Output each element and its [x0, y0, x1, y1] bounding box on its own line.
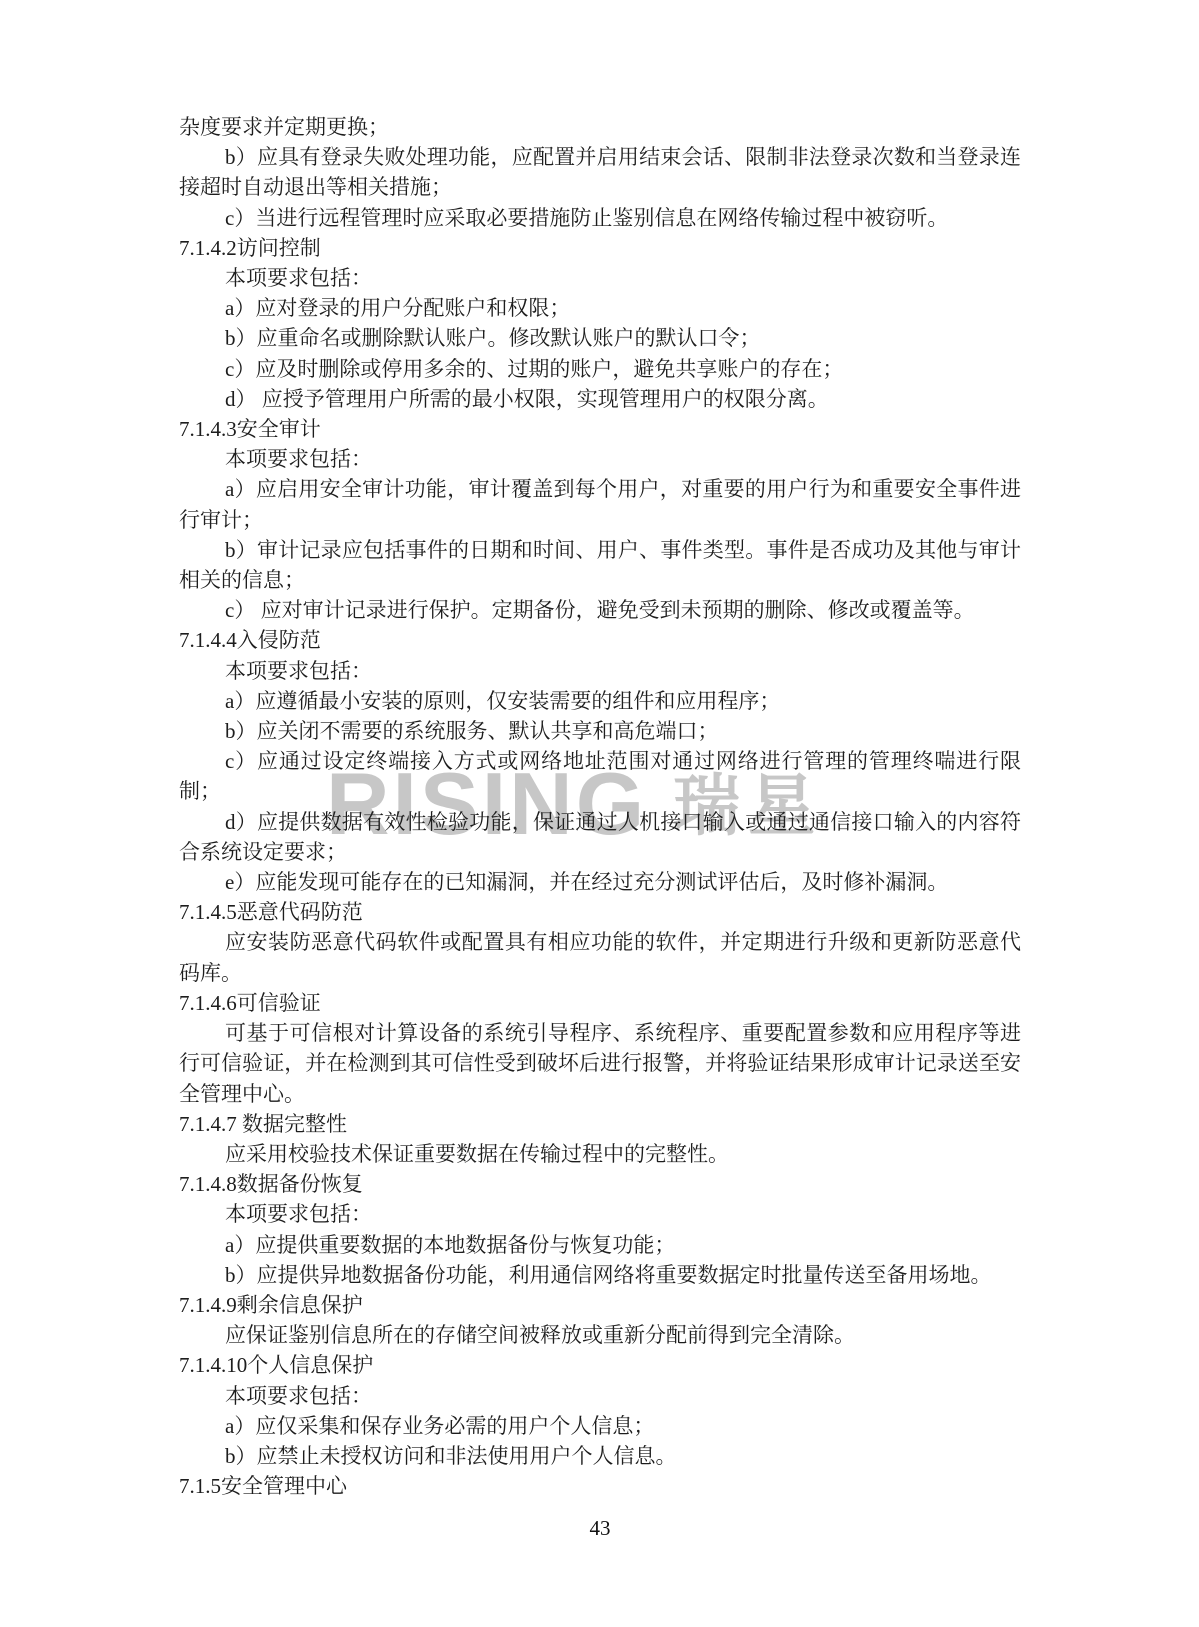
section-heading: 7.1.4.9剩余信息保护 [179, 1290, 1021, 1320]
body-paragraph: c） 应对审计记录进行保护。定期备份，避免受到未预期的删除、修改或覆盖等。 [179, 595, 1021, 625]
body-paragraph: 杂度要求并定期更换； [179, 112, 1021, 142]
section-heading: 7.1.5安全管理中心 [179, 1471, 1021, 1501]
body-paragraph: a）应提供重要数据的本地数据备份与恢复功能； [179, 1230, 1021, 1260]
body-paragraph: b）应具有登录失败处理功能，应配置并启用结束会话、限制非法登录次数和当登录连接超… [179, 142, 1021, 202]
body-paragraph: c）当进行远程管理时应采取必要措施防止鉴别信息在网络传输过程中被窃听。 [179, 203, 1021, 233]
section-heading: 7.1.4.2访问控制 [179, 233, 1021, 263]
body-paragraph: c）应及时删除或停用多余的、过期的账户，避免共享账户的存在； [179, 354, 1021, 384]
body-paragraph: a）应遵循最小安装的原则，仅安装需要的组件和应用程序； [179, 686, 1021, 716]
body-paragraph: a）应仅采集和保存业务必需的用户个人信息； [179, 1411, 1021, 1441]
body-paragraph: e）应能发现可能存在的已知漏洞，并在经过充分测试评估后，及时修补漏洞。 [179, 867, 1021, 897]
body-paragraph: d）应提供数据有效性检验功能，保证通过人机接口输入或通过通信接口输入的内容符合系… [179, 807, 1021, 867]
body-paragraph: b）审计记录应包括事件的日期和时间、用户、事件类型。事件是否成功及其他与审计相关… [179, 535, 1021, 595]
section-heading: 7.1.4.10个人信息保护 [179, 1350, 1021, 1380]
body-paragraph: b）应关闭不需要的系统服务、默认共享和高危端口； [179, 716, 1021, 746]
body-paragraph: b）应禁止未授权访问和非法使用用户个人信息。 [179, 1441, 1021, 1471]
body-paragraph: 应采用校验技术保证重要数据在传输过程中的完整性。 [179, 1139, 1021, 1169]
section-heading: 7.1.4.8数据备份恢复 [179, 1169, 1021, 1199]
body-paragraph: 本项要求包括： [179, 444, 1021, 474]
document-page: RISING 瑞星 杂度要求并定期更换；b）应具有登录失败处理功能，应配置并启用… [0, 0, 1199, 1627]
body-paragraph: 应保证鉴别信息所在的存储空间被释放或重新分配前得到完全清除。 [179, 1320, 1021, 1350]
section-heading: 7.1.4.5恶意代码防范 [179, 897, 1021, 927]
body-paragraph: 本项要求包括： [179, 1199, 1021, 1229]
section-heading: 7.1.4.3安全审计 [179, 414, 1021, 444]
document-body: 杂度要求并定期更换；b）应具有登录失败处理功能，应配置并启用结束会话、限制非法登… [179, 112, 1021, 1501]
page-number: 43 [590, 1516, 611, 1540]
body-paragraph: c）应通过设定终端接入方式或网络地址范围对通过网络进行管理的管理终喘进行限制； [179, 746, 1021, 806]
section-heading: 7.1.4.6可信验证 [179, 988, 1021, 1018]
body-paragraph: 本项要求包括： [179, 656, 1021, 686]
body-paragraph: 本项要求包括： [179, 1381, 1021, 1411]
section-heading: 7.1.4.7 数据完整性 [179, 1109, 1021, 1139]
body-paragraph: 可基于可信根对计算设备的系统引导程序、系统程序、重要配置参数和应用程序等进行可信… [179, 1018, 1021, 1109]
section-heading: 7.1.4.4入侵防范 [179, 625, 1021, 655]
page-footer: 43 [179, 1516, 1021, 1540]
body-paragraph: d） 应授予管理用户所需的最小权限，实现管理用户的权限分离。 [179, 384, 1021, 414]
body-paragraph: a）应对登录的用户分配账户和权限； [179, 293, 1021, 323]
body-paragraph: b）应重命名或删除默认账户。修改默认账户的默认口令； [179, 323, 1021, 353]
body-paragraph: b）应提供异地数据备份功能，利用通信网络将重要数据定时批量传送至备用场地。 [179, 1260, 1021, 1290]
body-paragraph: 应安装防恶意代码软件或配置具有相应功能的软件，并定期进行升级和更新防恶意代码库。 [179, 927, 1021, 987]
body-paragraph: a）应启用安全审计功能，审计覆盖到每个用户，对重要的用户行为和重要安全事件进行审… [179, 474, 1021, 534]
body-paragraph: 本项要求包括： [179, 263, 1021, 293]
